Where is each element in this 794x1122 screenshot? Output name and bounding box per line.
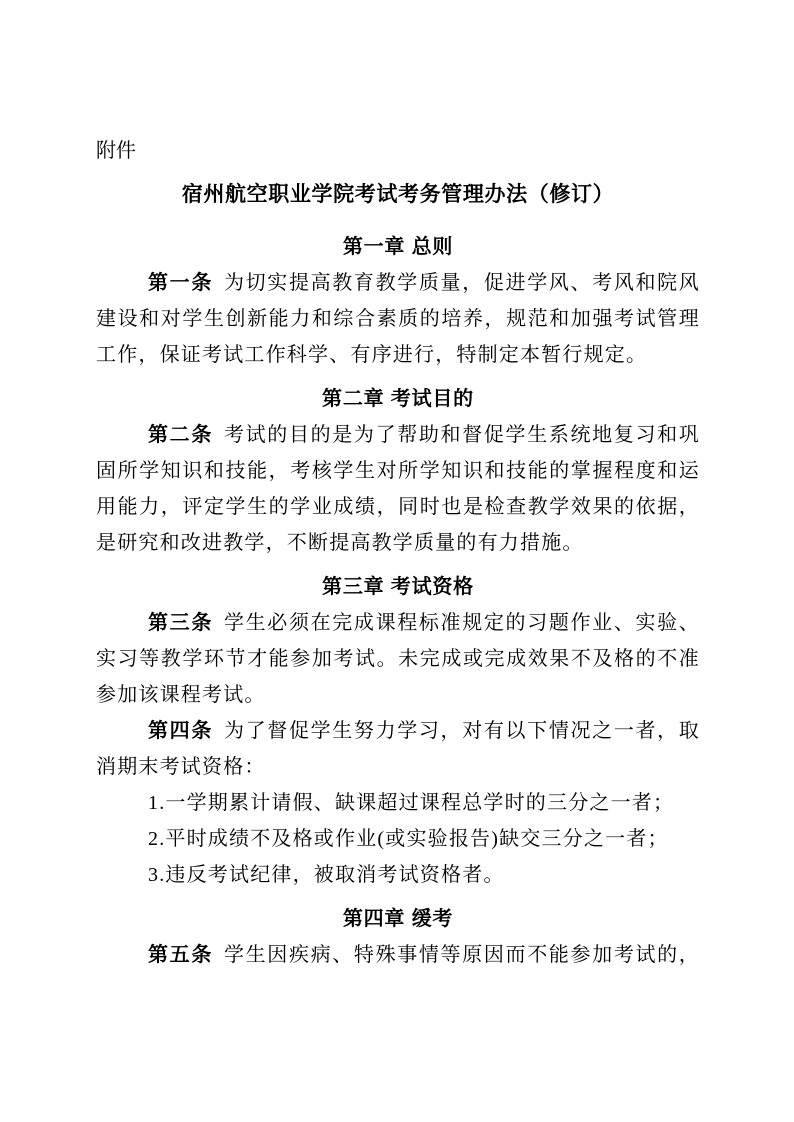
article-label-3: 第三条: [148, 612, 213, 634]
document-title: 宿州航空职业学院考试考务管理办法（修订）: [96, 177, 700, 213]
article-paragraph-3: 第三条学生必须在完成课程标准规定的习题作业、实验、实习等教学环节才能参加考试。未…: [96, 605, 700, 713]
chapter-heading-4: 第四章 缓考: [96, 901, 700, 937]
list-item-2: 2.平时成绩不及格或作业(或实验报告)缺交三分之一者；: [96, 821, 700, 857]
attachment-label: 附件: [96, 133, 700, 169]
article-label-2: 第二条: [148, 424, 213, 446]
article-label-4: 第四条: [148, 720, 213, 742]
chapter-heading-1: 第一章 总则: [96, 229, 700, 265]
article-paragraph-4: 第四条为了督促学生努力学习，对有以下情况之一者，取消期末考试资格：: [96, 713, 700, 785]
list-item-1: 1.一学期累计请假、缺课超过课程总学时的三分之一者；: [96, 785, 700, 821]
chapter-heading-3: 第三章 考试资格: [96, 569, 700, 605]
article-paragraph-1: 第一条为切实提高教育教学质量，促进学风、考风和院风建设和对学生创新能力和综合素质…: [96, 265, 700, 373]
article-label-5: 第五条: [148, 944, 213, 966]
document-content: 附件 宿州航空职业学院考试考务管理办法（修订） 第一章 总则 第一条为切实提高教…: [0, 0, 794, 973]
document-page: 附件 宿州航空职业学院考试考务管理办法（修订） 第一章 总则 第一条为切实提高教…: [0, 0, 794, 1122]
article-paragraph-2: 第二条考试的目的是为了帮助和督促学生系统地复习和巩固所学知识和技能，考核学生对所…: [96, 417, 700, 561]
article-label-1: 第一条: [148, 272, 213, 294]
article-text-5: 学生因疾病、特殊事情等原因而不能参加考试的，: [224, 944, 700, 966]
list-item-3: 3.违反考试纪律，被取消考试资格者。: [96, 857, 700, 893]
article-paragraph-5: 第五条学生因疾病、特殊事情等原因而不能参加考试的，: [96, 937, 700, 973]
chapter-heading-2: 第二章 考试目的: [96, 381, 700, 417]
